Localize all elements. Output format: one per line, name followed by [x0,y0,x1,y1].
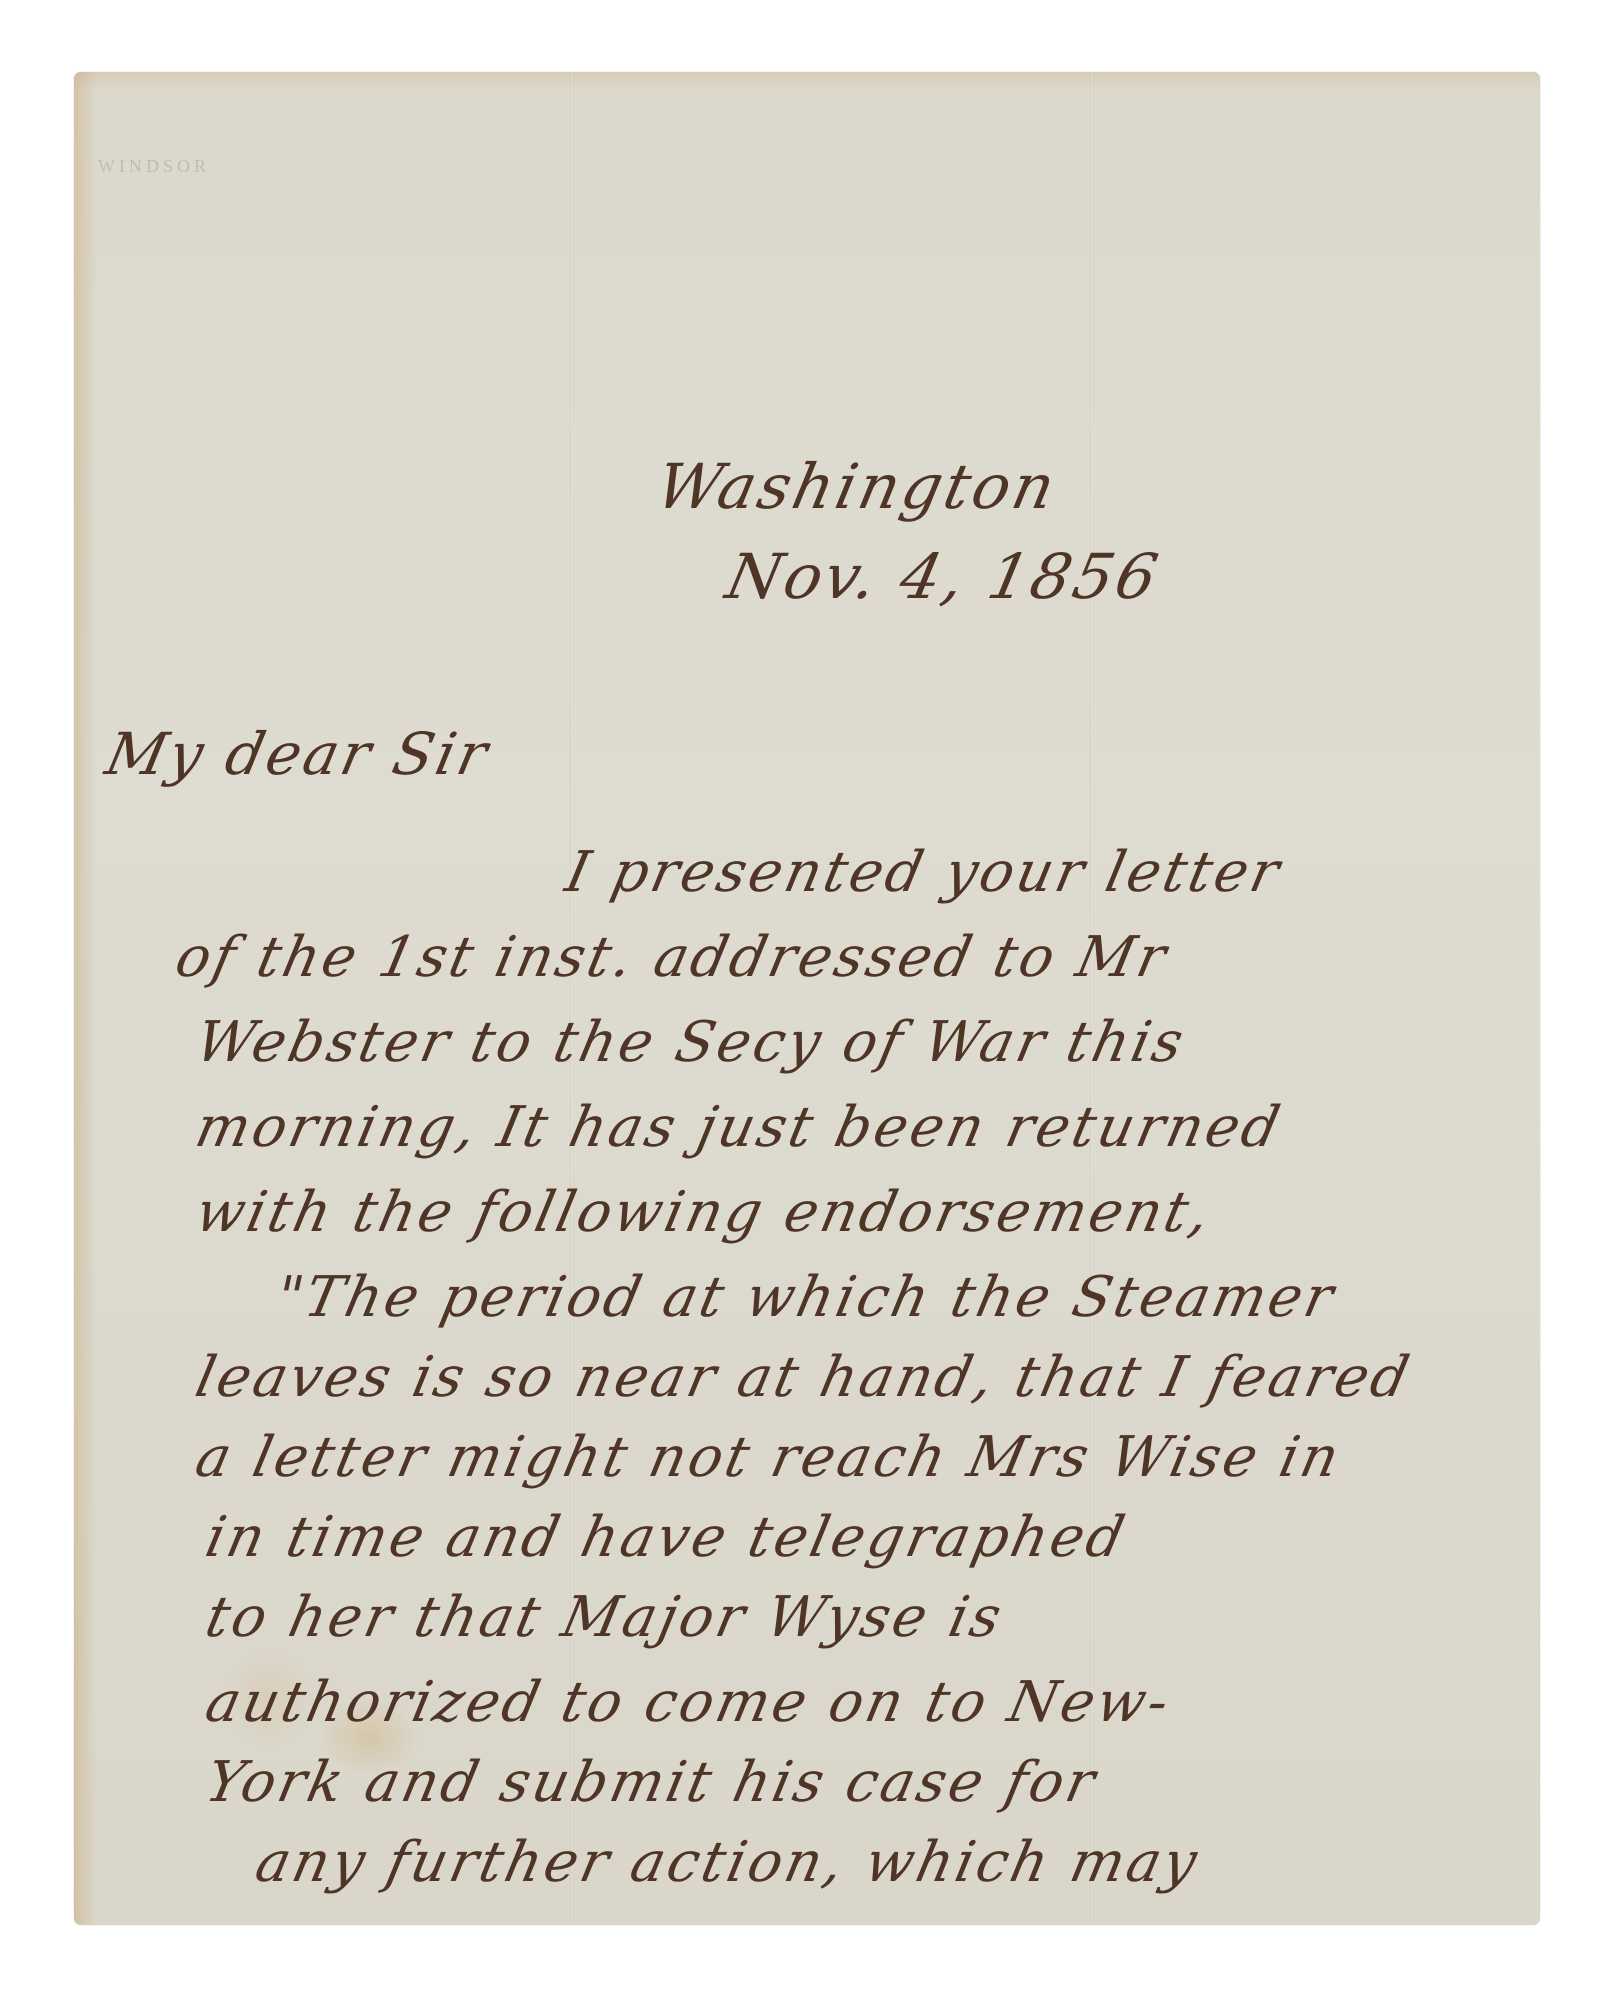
letter-line: a letter might not reach Mrs Wise in [190,1425,1347,1490]
letter-date: Nov. 4, 1856 [720,540,1167,613]
letter-line: with the following endorsement, [190,1180,1218,1245]
letter-line: to her that Major Wyse is [200,1585,1010,1650]
letter-salutation: My dear Sir [100,720,496,788]
letter-line: authorized to come on to New- [200,1670,1177,1735]
letter-line: "The period at which the Steamer [270,1265,1342,1330]
letter-place: Washington [650,450,1064,523]
letter-line: York and submit his case for [200,1750,1103,1815]
vertical-fold-line [1090,72,1092,1925]
letter-line: of the 1st inst. addressed to Mr [170,925,1174,990]
letter-line: morning, It has just been returned [190,1095,1288,1160]
letter-line: any further action, which may [250,1830,1205,1895]
letter-line: I presented your letter [560,840,1288,905]
letter-line: leaves is so near at hand, that I feared [190,1345,1417,1410]
letter-line: in time and have telegraphed [200,1505,1133,1570]
blind-stamp: WINDSOR [98,156,210,177]
letter-line: Webster to the Secy of War this [190,1010,1192,1075]
